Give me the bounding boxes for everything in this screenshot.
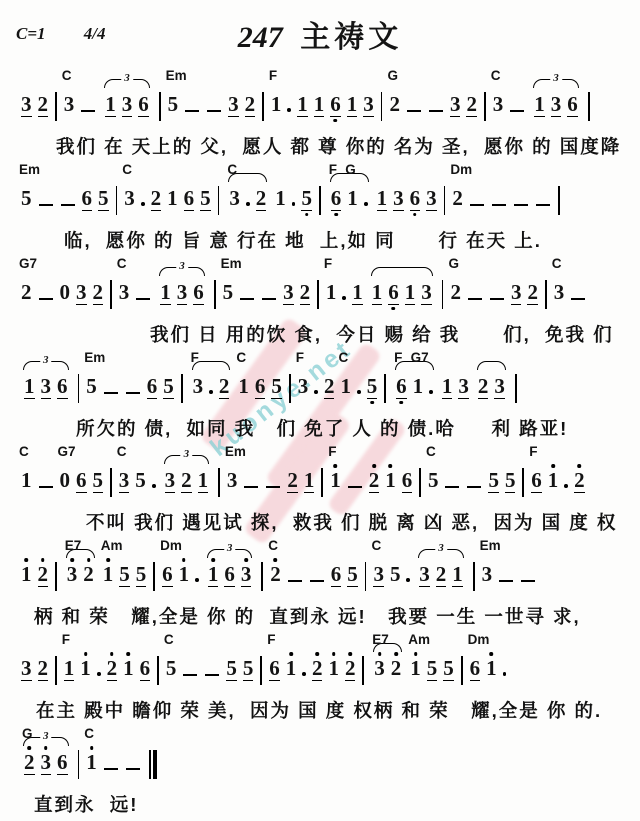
note: Dm6 [470,650,481,688]
chord-label: Em [225,445,246,459]
note-digit: 1 [486,657,497,679]
octave-slot [394,180,402,187]
note: 2 [245,86,256,124]
note-digit: 1 [198,469,209,493]
barline [55,656,57,685]
sheet-header: C=1 4/4 247 主祷文 [0,0,640,62]
note: Am1 [103,556,114,592]
note-digit: 1 [80,657,91,679]
notation-row: 12E732Am155Dm613163C265C353321Em3 [18,556,640,596]
rhythm-dot [152,484,156,488]
octave-slot [22,650,30,657]
note-digit: 5 [427,657,438,681]
note-digit: 5 [367,375,378,399]
barline [588,92,590,121]
note-digit: 1 [413,375,424,397]
octave-slot [332,180,340,187]
octave-slot [257,211,265,218]
octave-slot [389,274,397,281]
note: 3 [450,86,461,124]
octave-dot-high [88,744,96,751]
octave-slot [137,556,145,563]
octave-slot [22,491,30,498]
note: Em3 [482,556,493,592]
chord-label: Em [221,257,242,271]
note-digit: 1 [275,187,286,209]
note-digit: 5 [163,375,174,399]
note: E73 [374,650,385,686]
octave-slot [120,303,128,310]
octave-slot [195,305,203,312]
octave-slot [429,491,437,498]
note: C1 [21,462,32,498]
octave-slot [271,585,279,592]
octave-slot [126,209,134,216]
note-digit: 2 [300,281,311,305]
chord-label: C [236,351,246,365]
duration-dash [571,298,585,300]
note-digit: 2 [436,563,447,587]
octave-slot [342,397,350,404]
chord-label: C [227,163,237,177]
octave-slot [299,397,307,404]
octave-slot [364,117,372,124]
chord-label: G7 [58,445,76,459]
note-digit: 5 [226,657,237,681]
octave-slot [244,681,252,688]
note: 1 [442,368,453,406]
note: 2 [287,462,298,500]
note-digit: 6 [138,93,149,117]
note-digit: 1 [103,563,114,585]
octave-slot [348,86,356,93]
octave-slot [22,462,30,469]
barline [55,562,57,591]
octave-slot [178,305,186,312]
octave-slot [82,679,90,686]
octave-slot [392,679,400,686]
octave-slot [479,399,487,406]
chord-label: C [371,539,381,553]
octave-slot [471,650,479,657]
octave-slot [330,679,338,686]
notation-row: 32C33136Em532F111613G232C33136 [18,86,640,126]
octave-slot [303,180,311,187]
barline [522,468,524,497]
octave-slot [165,368,173,375]
note-digit: 3 [228,93,239,117]
octave-slot [244,650,252,657]
barline [262,92,264,121]
note-digit: 1 [271,93,282,115]
note: Am1 [410,650,421,686]
chord-label: F [267,633,275,647]
octave-slot [512,305,520,312]
note-digit: 5 [488,469,499,493]
lyrics-row: 在主 殿中 瞻仰 荣 美, 因为 国 度 权柄 和 荣 耀,全是 你 的. [18,697,640,723]
octave-slot [332,587,340,594]
music-line: 32C33136Em532F111613G232C33136我们 在 天上的 父… [0,62,640,156]
octave-slot [229,117,237,124]
note-digit: 1 [377,187,388,211]
octave-slot [126,180,134,187]
octave-slot [331,86,339,93]
octave-dot-high [392,650,400,657]
triplet-group: 3136 [530,86,582,124]
octave-dot-high [575,462,583,469]
note: G2 [389,86,400,122]
note-digit: 5 [443,657,454,681]
barline [261,562,263,591]
octave-slot [185,211,193,218]
note-digit: 3 [421,281,432,305]
octave-slot [182,493,190,500]
note: 6 [402,462,413,500]
note: C3 [229,180,240,218]
barline [444,186,446,215]
barline [181,374,183,403]
octave-slot [443,399,451,406]
note: 5 [243,650,254,688]
octave-slot [454,587,462,594]
note: Em5 [86,368,97,404]
barline [218,468,220,497]
octave-slot [437,587,445,594]
note-digit: 3 [482,563,493,585]
octave-slot [452,303,460,310]
octave-slot [460,368,468,375]
octave-slot [349,180,357,187]
note: Dm2 [452,180,463,216]
duration-dash [104,768,118,770]
octave-slot [348,117,356,124]
note-digit: 5 [223,281,234,303]
octave-dot-high [85,556,93,563]
octave-slot [569,117,577,124]
note-digit: 3 [374,657,385,679]
octave-slot [120,493,128,500]
note: 0 [60,274,71,310]
octave-slot [506,493,514,500]
octave-slot [451,117,459,124]
barline [442,280,444,309]
triplet-number: 3 [181,448,193,460]
octave-slot [301,274,309,281]
note-digit: 3 [41,375,52,399]
chord-label: G7 [411,351,429,365]
octave-slot [167,650,175,657]
octave-slot [427,211,435,218]
note: 1 [24,368,35,406]
note: 6 [224,556,235,594]
octave-dot-low [331,117,339,124]
chord-label: Em [84,351,105,365]
octave-dot-high [487,650,495,657]
triplet-number: 3 [40,354,52,366]
barline [78,750,80,779]
note-digit: 3 [241,563,252,587]
triplet-group: 3321 [161,462,213,500]
octave-slot [22,274,30,281]
octave-slot [224,303,232,310]
triplet-group: 3136 [101,86,153,124]
note: 3 [426,180,437,218]
octave-slot [99,211,107,218]
octave-dot-high [370,462,378,469]
octave-slot [162,274,170,281]
note: 5 [135,462,146,498]
rhythm-dot [314,390,318,394]
note: 5 [93,462,104,500]
octave-slot [289,462,297,469]
note: F1 [326,274,337,310]
octave-slot [533,462,541,469]
note: F1 [330,462,341,498]
octave-slot [479,368,487,375]
note: C1 [340,368,351,404]
note-digit: 5 [428,469,439,491]
octave-slot [375,556,383,563]
note: C3 [493,86,504,122]
octave-slot [107,117,115,124]
octave-slot [468,117,476,124]
octave-slot [152,211,160,218]
octave-slot [137,462,145,469]
notation-row: Em565C32165C3215F6G11363Dm2 [18,180,640,220]
duration-dash [185,110,199,112]
chord-label: Dm [468,633,490,647]
music-line: 3136Em565F32C165F32C15F6G711323所欠的 债, 如同… [0,344,640,438]
octave-slot [421,587,429,594]
note-digit: 2 [478,375,489,399]
barline [515,374,517,403]
octave-slot [315,117,323,124]
note-digit: 6 [470,657,481,681]
octave-slot [58,744,66,751]
note-digit: 3 [67,563,78,585]
slur-group: E732 [63,556,98,592]
note: 1 [385,462,396,498]
note-digit: 1 [330,469,341,491]
note-digit: 2 [527,281,538,305]
octave-slot [42,368,50,375]
music-line: C1G7065C353321Em321F1216C555F612不叫 我们 遇见… [0,438,640,532]
chord-label: C [122,163,132,177]
octave-slot [406,274,414,281]
triplet-group: 3321 [415,556,467,594]
note-digit: 5 [505,469,516,493]
octave-dot-high [412,650,420,657]
octave-slot [94,462,102,469]
octave-slot [325,368,333,375]
note: 1 [534,86,545,124]
rhythm-dot [503,672,507,676]
note-digit: 1 [328,657,339,679]
octave-slot [231,180,239,187]
note-digit: 3 [493,93,504,115]
note-digit: 1 [452,563,463,587]
note: 1 [452,556,463,594]
octave-dot-high [82,650,90,657]
chord-label: F [191,351,199,365]
octave-slot [61,303,69,310]
slur-group: C32 [225,180,270,218]
octave-slot [391,115,399,122]
note-digit: 2 [466,93,477,117]
note: 2 [436,556,447,594]
octave-slot [512,274,520,281]
octave-slot [327,274,335,281]
octave-slot [454,180,462,187]
octave-slot [373,305,381,312]
octave-slot [201,211,209,218]
notation-row: 32F11216C555F61212E732Am155Dm61 [18,650,640,690]
note: 2 [466,86,477,124]
barline [153,562,155,591]
chord-label: G [387,69,398,83]
octave-slot [445,650,453,657]
lyrics-row: 不叫 我们 遇见试 探, 救我 们 脱 离 凶 恶, 因为 国 度 权 [18,509,640,535]
note: 3 [228,86,239,124]
note-digit: 1 [304,469,315,493]
octave-slot [178,274,186,281]
octave-slot [483,585,491,592]
note-digit: 3 [298,375,309,397]
note: G72 [21,274,32,310]
octave-slot [39,86,47,93]
rhythm-dot [209,390,213,394]
duration-dash [39,486,53,488]
octave-slot [39,117,47,124]
note-digit: 5 [86,375,97,397]
note: C3 [119,462,130,500]
octave-slot [412,679,420,686]
octave-slot [552,117,560,124]
note-digit: 3 [554,281,565,303]
octave-slot [58,775,66,782]
note-digit: 5 [98,187,109,211]
octave-slot [428,650,436,657]
octave-slot [226,587,234,594]
octave-slot [65,650,73,657]
chord-label: G [345,163,356,177]
barline [365,562,367,591]
note-digit: 6 [57,375,68,399]
octave-slot [487,679,495,686]
octave-slot [368,368,376,375]
triplet-number: 3 [224,542,236,554]
note: 6 [147,368,158,406]
octave-dot-high [104,556,112,563]
note: 6 [331,556,342,594]
note: C2 [270,556,281,592]
note-digit: 6 [402,469,413,493]
chord-label: Em [480,539,501,553]
barline [289,374,291,403]
note: 6 [567,86,578,124]
duration-dash [262,298,276,300]
final-barline [149,750,157,779]
note-digit: 1 [297,93,308,117]
rhythm-dot [302,672,306,676]
rhythm-dot [357,390,361,394]
note: 6 [410,180,421,218]
octave-slot [421,556,429,563]
note-digit: 2 [38,93,49,117]
note-digit: 1 [347,93,358,117]
octave-slot [364,86,372,93]
octave-slot [411,180,419,187]
note: 2 [107,650,118,688]
octave-slot [287,679,295,686]
note-digit: 1 [548,469,559,491]
note: G70 [60,462,71,498]
octave-slot [536,86,544,93]
duration-dash [536,204,550,206]
note-digit: 6 [162,563,173,587]
note: E73 [67,556,78,592]
octave-dot-high [124,650,132,657]
octave-slot [58,368,66,375]
octave-slot [123,86,131,93]
octave-slot [167,679,175,686]
barline [321,468,323,497]
octave-slot [22,585,30,592]
note: 2 [219,368,230,406]
octave-slot [83,211,91,218]
octave-slot [168,209,176,216]
octave-slot [348,556,356,563]
octave-slot [94,274,102,281]
note-digit: 1 [105,93,116,117]
octave-slot [353,274,361,281]
octave-slot [22,117,30,124]
octave-slot [228,491,236,498]
chord-label: C [552,257,562,271]
duration-dash [492,204,506,206]
octave-slot [452,274,460,281]
note: 5 [98,180,109,218]
note-digit: 2 [270,563,281,585]
chord-label: G [22,727,33,741]
note: 1 [286,650,297,686]
note: F6 [396,368,407,406]
octave-slot [305,493,313,500]
octave-slot [460,399,468,406]
note: 2 [151,180,162,218]
note: 6 [330,86,341,124]
notation-row: 3136Em565F32C165F32C15F6G711323 [18,368,640,408]
barline [362,656,364,685]
final-bar-thin [149,750,151,779]
note-digit: 3 [177,281,188,305]
note-digit: 5 [135,469,146,491]
octave-dot-low [397,399,405,406]
triplet-number: 3 [40,730,52,742]
octave-dot-high [386,462,394,469]
octave-slot [451,86,459,93]
octave-slot [39,587,47,594]
note: G2 [24,744,35,782]
note-digit: 3 [122,93,133,117]
note-digit: 1 [21,469,32,491]
octave-slot [284,305,292,312]
octave-slot [284,274,292,281]
octave-dot-high [331,462,339,469]
barline [473,562,475,591]
slur-group: 1613 [368,274,436,312]
octave-slot [22,209,30,216]
